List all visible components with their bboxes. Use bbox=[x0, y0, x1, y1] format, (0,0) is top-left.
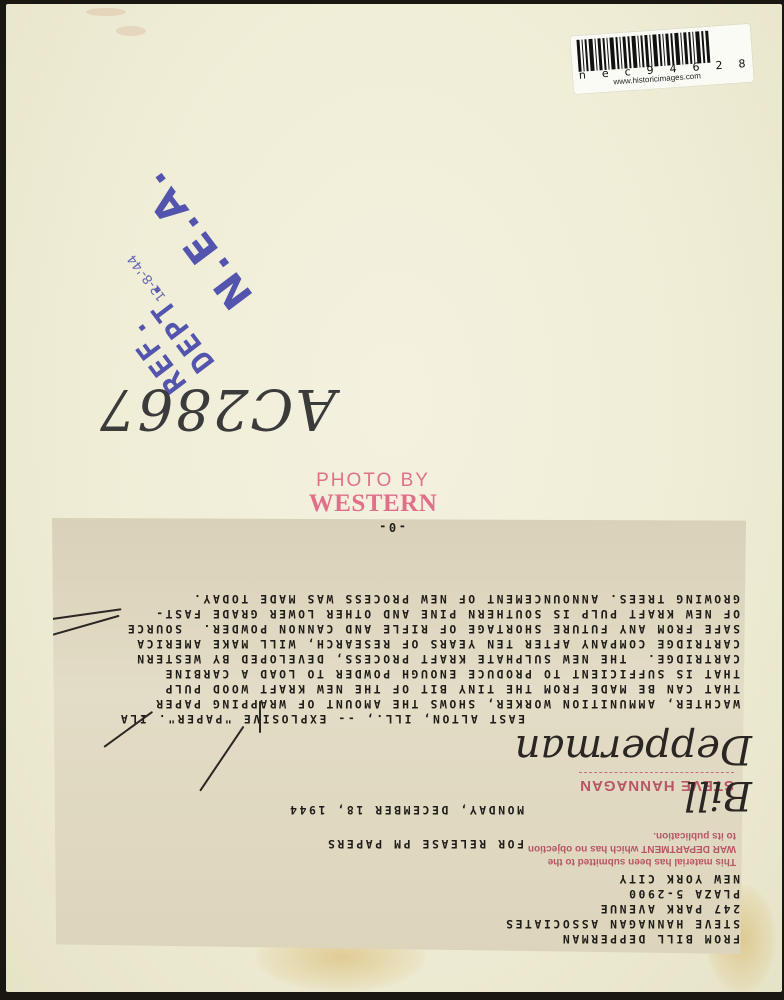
barcode-digit: n bbox=[578, 68, 587, 82]
caption-city: NEW YORK CITY bbox=[617, 872, 740, 886]
caption-body-line: EAST ALTON, ILL., -- EXPLOSIVE "PAPER". … bbox=[118, 712, 740, 726]
photo-back: n e c 9 4 6 2 8 www.historicimages.com N… bbox=[6, 4, 782, 992]
caption-address: 247 PARK AVENUE bbox=[598, 902, 740, 916]
barcode-digit: e bbox=[601, 67, 610, 81]
caption-end-mark: -0- bbox=[377, 520, 406, 534]
war-dept-line: This material has been submitted to the bbox=[528, 855, 736, 868]
caption-body-line: SAFE FROM ANY FUTURE SHORTAGE OF RIFLE A… bbox=[125, 622, 740, 636]
photo-credit-label: PHOTO BY bbox=[228, 470, 518, 492]
caption-from: FROM BILL DEPPERMAN bbox=[560, 932, 740, 946]
war-dept-notice: This material has been submitted to the … bbox=[528, 829, 736, 868]
caption-body-line: CARTRIDGE. THE NEW SULPHATE KRAFT PROCES… bbox=[135, 652, 740, 666]
caption-body-line: THAT CAN BE MADE FROM THE TINY BIT OF TH… bbox=[163, 682, 740, 696]
caption-body-line: WACHTER, AMMUNITION WORKER, SHOWS THE AM… bbox=[154, 697, 740, 711]
caption-body-line: OF NEW KRAFT PULP IS SOUTHERN PINE AND O… bbox=[154, 607, 740, 621]
signature: Bill Depperman bbox=[522, 728, 752, 818]
barcode-sticker: n e c 9 4 6 2 8 www.historicimages.com bbox=[570, 24, 754, 94]
foxing-stain bbox=[116, 26, 146, 36]
handwritten-id: AC2867 bbox=[98, 376, 336, 441]
war-dept-line: to its publication. bbox=[528, 829, 736, 842]
caption-date: MONDAY, DECEMBER 18, 1944 bbox=[288, 803, 524, 817]
barcode-digit: 2 bbox=[715, 59, 724, 73]
caption-body-line: CARTRIDGE COMPANY AFTER TEN YEARS OF RES… bbox=[135, 637, 740, 651]
foxing-stain bbox=[86, 8, 126, 16]
caption-phone: PLAZA 5-2900 bbox=[627, 887, 741, 901]
caption-agency: STEVE HANNAGAN ASSOCIATES bbox=[504, 917, 740, 931]
nea-ref-stamp: N.E.A. REF. DEPT. 12-8-'44 bbox=[34, 182, 234, 372]
caption-release: FOR RELEASE PM PAPERS bbox=[325, 837, 524, 851]
caption-body-line: GROWING TREES. ANNOUNCEMENT OF NEW PROCE… bbox=[191, 592, 740, 606]
barcode-digit: 8 bbox=[738, 57, 747, 71]
war-dept-line: WAR DEPARTMENT which has no objection bbox=[528, 842, 736, 855]
pencil-caret-mark bbox=[259, 701, 261, 733]
caption-body-line: THAT IS SUFFICIENT TO PRODUCE ENOUGH POW… bbox=[163, 667, 740, 681]
